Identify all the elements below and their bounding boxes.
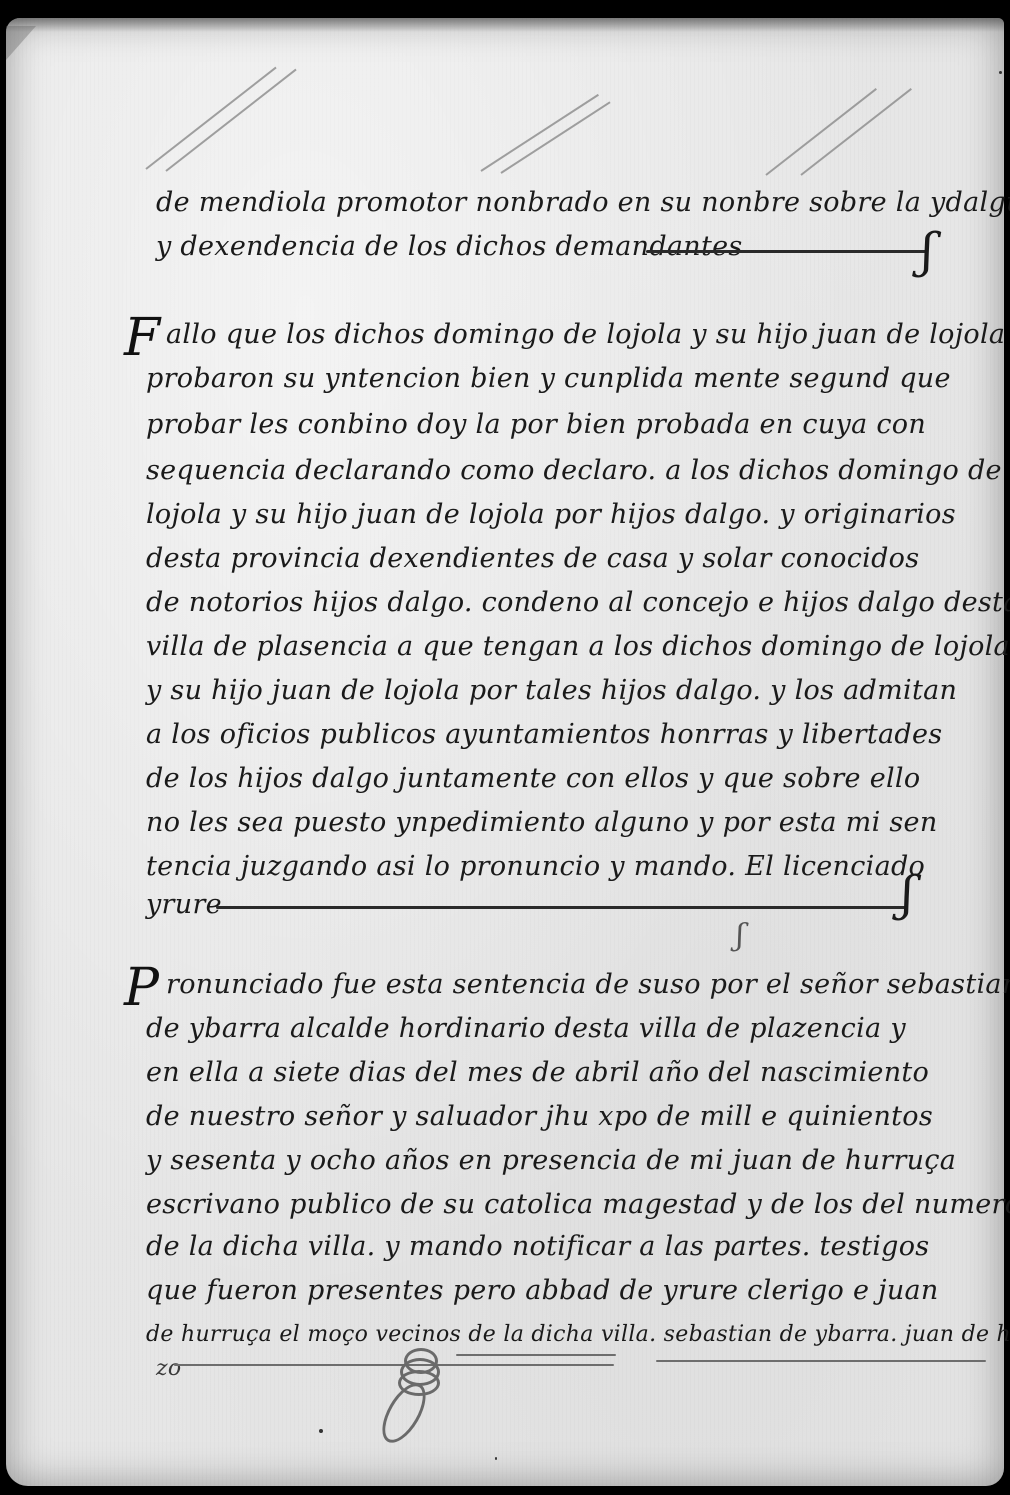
folded-corner [6,26,36,60]
text-line: tencia juzgando asi lo pronuncio y mando… [146,850,925,884]
text-line: no les sea puesto ynpedimiento alguno y … [146,806,938,840]
ink-spot [495,1457,497,1460]
text-line: de mendiola promotor nonbrado en su nonb… [156,186,1010,220]
text-line: escrivano publico de su catolica magesta… [146,1188,1010,1222]
line-filler-rule [174,1364,614,1366]
text-line: ronunciado fue esta sentencia de suso po… [166,968,1010,1002]
text-line: allo que los dichos domingo de lojola y … [166,318,1005,352]
text-line: lojola y su hijo juan de lojola por hijo… [146,498,956,532]
initial-letter: P [124,958,159,1018]
line-filler-rule [646,250,926,253]
text-line: de notorios hijos dalgo. condeno al conc… [146,586,1010,620]
paragraph-flourish: ʃ [901,866,914,922]
initial-letter: F [124,308,160,368]
text-line: en ella a siete dias del mes de abril añ… [146,1056,929,1090]
diagonal-stroke [145,67,276,170]
text-line: de la dicha villa. y mando notificar a l… [146,1230,929,1264]
text-line: de hurruça el moço vecinos de la dicha v… [146,1318,1010,1352]
text-line: desta provincia dexendientes de casa y s… [146,542,919,576]
text-line: de nuestro señor y saluador jhu xpo de m… [146,1100,933,1134]
text-line: de los hijos dalgo juntamente con ellos … [146,762,920,796]
signature-line: yrure [146,888,222,922]
text-line: y dexendencia de los dichos demandantes [156,230,743,264]
diagonal-stroke [480,94,599,172]
diagonal-stroke [765,88,877,176]
paragraph-flourish: ʃ [921,223,934,279]
line-filler-rule [216,906,906,909]
ink-spot [319,1429,323,1433]
closing-mark: zo [156,1352,181,1386]
text-line: probar les conbino doy la por bien proba… [146,408,926,442]
ink-spot [999,71,1002,74]
text-line: y su hijo juan de lojola por tales hijos… [146,674,957,708]
text-line: que fueron presentes pero abbad de yrure… [146,1274,939,1308]
line-filler-rule [456,1354,616,1356]
paragraph-flourish: ʃ [736,918,744,953]
text-line: sequencia declarando como declaro. a los… [146,454,1002,488]
manuscript-page: de mendiola promotor nonbrado en su nonb… [6,18,1004,1486]
text-line: a los oficios publicos ayuntamientos hon… [146,718,942,752]
text-line: de ybarra alcalde hordinario desta villa… [146,1012,906,1046]
diagonal-stroke [165,69,296,172]
text-line: probaron su yntencion bien y cunplida me… [146,362,951,396]
line-filler-rule [656,1360,986,1362]
text-line: villa de plasencia a que tengan a los di… [146,630,1010,664]
torn-top-edge [6,18,1004,32]
diagonal-stroke [800,88,912,176]
text-line: y sesenta y ocho años en presencia de mi… [146,1144,956,1178]
diagonal-stroke [500,101,610,173]
